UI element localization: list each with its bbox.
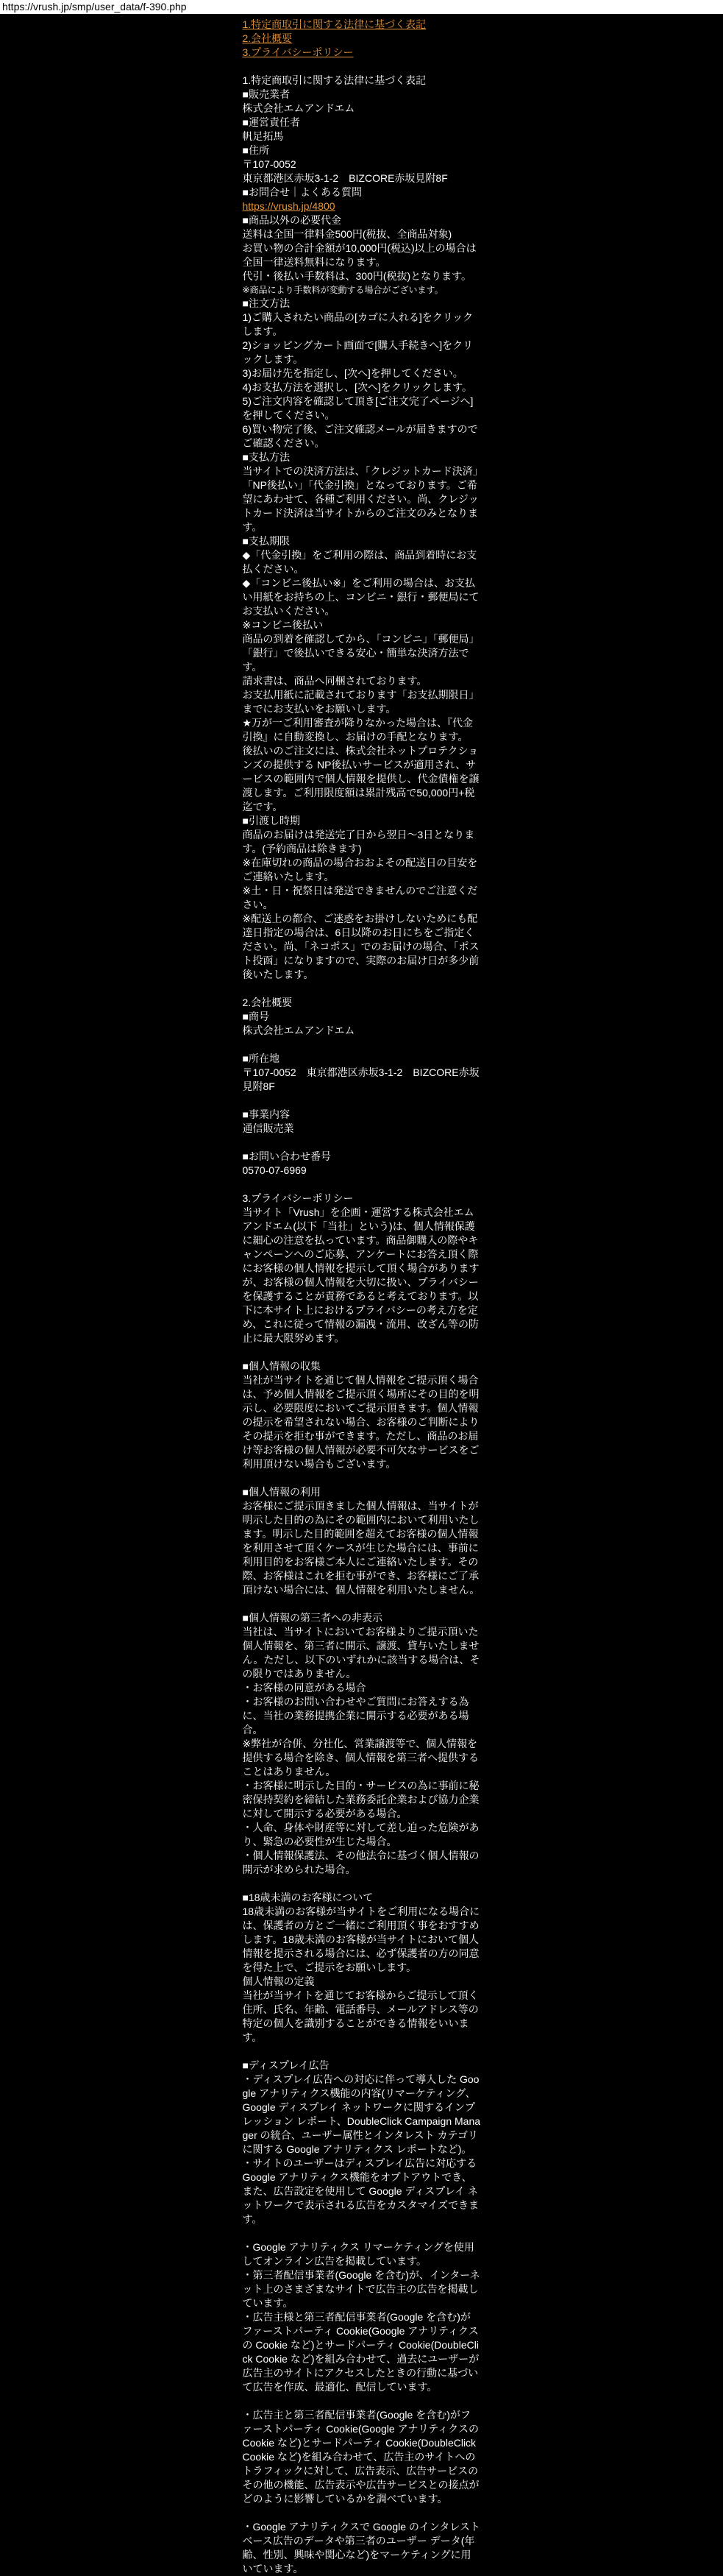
spacer — [243, 1136, 481, 1150]
text-line: 6)買い物完了後、ご注文確認メールが届きますのでご確認ください。 — [243, 422, 481, 450]
text-line: ・広告主と第三者配信事業者(Google を含む)がファーストパーティ Cook… — [243, 2408, 481, 2506]
text-line: ・お客様に明示した目的・サービスの為に事前に秘密保持契約を締結した業務委託企業お… — [243, 1779, 481, 1821]
nav-link-company[interactable]: 2.会社概要 — [243, 32, 481, 46]
field-heading-order-method: ■注文方法 — [243, 297, 481, 311]
text-line: ・サイトのユーザーはディスプレイ広告に対応する Google アナリティクス機能… — [243, 2156, 481, 2226]
field-heading-trade-name: ■商号 — [243, 1010, 481, 1024]
text-line: お買い物の合計金額が10,000円(税込)以上の場合は全国一律送料無料になります… — [243, 241, 481, 269]
field-heading-contact: ■お問合せ｜よくある質問 — [243, 185, 481, 199]
text-line: 4)お支払方法を選択し、[次へ]をクリックします。 — [243, 381, 481, 394]
field-heading-payment-deadline: ■支払期限 — [243, 534, 481, 548]
text-line: ・お客様のお問い合わせやご質問にお答えする為に、当社の業務提携企業に開示する必要… — [243, 1695, 481, 1737]
text-line: 1)ご購入されたい商品の[カゴに入れる]をクリックします。 — [243, 311, 481, 339]
text-line: ・広告主様と第三者配信事業者(Google を含む)がファーストパーティ Coo… — [243, 2310, 481, 2394]
text-line: ◆「コンビニ後払い※」をご利用の場合は、お支払い用紙をお持ちの上、コンビニ・銀行… — [243, 576, 481, 618]
text-line: ◆「代金引換」をご利用の際は、商品到着時にお支払ください。 — [243, 548, 481, 576]
spacer — [243, 1597, 481, 1611]
section-title-tokushoho: 1.特定商取引に関する法律に基づく表記 — [243, 74, 481, 88]
nav-link-tokushoho[interactable]: 1.特定商取引に関する法律に基づく表記 — [243, 18, 481, 32]
field-heading-extra-fees: ■商品以外の必要代金 — [243, 213, 481, 227]
text-line: 当社は、当サイトにおいてお客様よりご提示頂いた個人情報を、第三者に開示、譲渡、貸… — [243, 1625, 481, 1681]
spacer — [243, 1178, 481, 1192]
text-line: ★万が一ご利用審査が降りなかった場合は、『代金引換』に自動変換し、お届けの手配と… — [243, 716, 481, 744]
postal-code: 〒107-0052 — [243, 158, 481, 171]
text-line: 送料は全国一律料金500円(税抜、全商品対象) — [243, 227, 481, 241]
field-heading-display-ads: ■ディスプレイ広告 — [243, 2059, 481, 2073]
field-heading-under18: ■18歳未満のお客様について — [243, 1891, 481, 1905]
field-heading-third-party: ■個人情報の第三者への非表示 — [243, 1611, 481, 1625]
text-line: 代引・後払い手数料は、300円(税抜)となります。 — [243, 269, 481, 283]
field-heading-collection: ■個人情報の収集 — [243, 1359, 481, 1373]
browser-url-bar: https://vrush.jp/smp/user_data/f-390.php — [0, 0, 723, 14]
spacer — [243, 60, 481, 74]
company-address: 〒107-0052 東京都港区赤坂3-1-2 BIZCORE赤坂見附8F — [243, 1066, 481, 1094]
field-heading-manager: ■運営責任者 — [243, 116, 481, 130]
spacer — [243, 1094, 481, 1108]
text-line: ・個人情報保護法、その他法令に基づく個人情報の開示が求められた場合。 — [243, 1849, 481, 1877]
text-line: ※弊社が合併、分社化、営業譲渡等で、個人情報を提供する場合を除き、個人情報を第三… — [243, 1737, 481, 1779]
spacer — [243, 2045, 481, 2059]
spacer — [243, 982, 481, 996]
field-heading-address: ■住所 — [243, 144, 481, 158]
spacer — [243, 2226, 481, 2240]
text-line: ※土・日・祝祭日は発送できませんのでご注意ください。 — [243, 884, 481, 912]
subheading-definition: 個人情報の定義 — [243, 1975, 481, 1989]
field-heading-location: ■所在地 — [243, 1052, 481, 1066]
contact-link[interactable]: https://vrush.jp/4800 — [243, 199, 481, 213]
field-heading-delivery-time: ■引渡し時期 — [243, 814, 481, 828]
seller-name: 株式会社エムアンドエム — [243, 102, 481, 116]
text-line: ・人命、身体や財産等に対して差し迫った危険があり、緊急の必要性が生じた場合。 — [243, 1821, 481, 1849]
spacer — [243, 2506, 481, 2520]
text-line: 5)ご注文内容を確認して頂き[ご注文完了ページへ]を押してください。 — [243, 394, 481, 422]
spacer — [243, 2394, 481, 2408]
field-heading-payment-method: ■支払方法 — [243, 450, 481, 464]
company-name: 株式会社エムアンドエム — [243, 1024, 481, 1038]
text-line: ・Google アナリティクスで Google のインタレスト ベース広告のデー… — [243, 2520, 481, 2576]
field-heading-use: ■個人情報の利用 — [243, 1485, 481, 1499]
text-line: 2)ショッピングカート画面で[購入手続きへ]をクリックします。 — [243, 339, 481, 367]
text-line: 当社が当サイトを通じてお客様からご提示して頂く住所、氏名、年齢、電話番号、メール… — [243, 1989, 481, 2045]
text-line: ※在庫切れの商品の場合おおよその配送日の目安をご連絡いたします。 — [243, 856, 481, 884]
text-line: ※コンビニ後払い — [243, 618, 481, 632]
spacer — [243, 1038, 481, 1052]
fee-note: ※商品により手数料が変動する場合がございます。 — [243, 283, 481, 297]
spacer — [243, 1345, 481, 1359]
text-line: ・ディスプレイ広告への対応に伴って導入した Google アナリティクス機能の内… — [243, 2073, 481, 2156]
text-line: 商品のお届けは発送完了日から翌日～3日となります。(予約商品は除きます) — [243, 828, 481, 856]
spacer — [243, 1471, 481, 1485]
text-line: お客様にご提示頂きました個人情報は、当サイトが明示した目的の為にその範囲内におい… — [243, 1499, 481, 1597]
text-line: 18歳未満のお客様が当サイトをご利用になる場合には、保護者の方とご一緒にご利用頂… — [243, 1905, 481, 1975]
text-line: ・第三者配信事業者(Google を含む)が、インターネット上のさまざまなサイト… — [243, 2268, 481, 2310]
page-url: https://vrush.jp/smp/user_data/f-390.php — [2, 1, 187, 13]
text-line: 請求書は、商品へ同梱されております。 — [243, 674, 481, 688]
text-line: 3)お届け先を指定し、[次へ]を押してください。 — [243, 367, 481, 381]
field-heading-business: ■事業内容 — [243, 1108, 481, 1122]
text-line: ・お客様の同意がある場合 — [243, 1681, 481, 1695]
section-title-privacy: 3.プライバシーポリシー — [243, 1192, 481, 1206]
text-line: 後払いのご注文には、株式会社ネットプロテクションズの提供する NP後払いサービス… — [243, 744, 481, 814]
text-line: ・Google アナリティクス リマーケティングを使用してオンライン広告を掲載し… — [243, 2240, 481, 2268]
text-line: 当社が当サイトを通じて個人情報をご提示頂く場合は、予め個人情報をご提示頂く場所に… — [243, 1373, 481, 1471]
text-line: 商品の到着を確認してから、「コンビニ」「郵便局」「銀行」で後払いできる安心・簡単… — [243, 632, 481, 674]
legal-text-content: 1.特定商取引に関する法律に基づく表記2.会社概要3.プライバシーポリシー1.特… — [243, 18, 481, 2576]
manager-name: 帆足拓馬 — [243, 130, 481, 144]
field-heading-seller: ■販売業者 — [243, 88, 481, 102]
phone-number: 0570-07-6969 — [243, 1164, 481, 1178]
spacer — [243, 1877, 481, 1891]
section-title-company: 2.会社概要 — [243, 996, 481, 1010]
field-heading-phone: ■お問い合わせ番号 — [243, 1150, 481, 1164]
text-line: お支払用紙に記載されております「お支払期限日」までにお支払いをお願いします。 — [243, 688, 481, 716]
text-line: ※配送上の都合、ご迷惑をお掛けしないためにも配達日指定の場合は、6日以降のお日に… — [243, 912, 481, 982]
text-line: 当サイト「Vrush」を企画・運営する株式会社エムアンドエム(以下「当社」という… — [243, 1206, 481, 1345]
text-line: 当サイトでの決済方法は、「クレジットカード決済」「NP後払い」「代金引換」となっ… — [243, 464, 481, 534]
page-background: 1.特定商取引に関する法律に基づく表記2.会社概要3.プライバシーポリシー1.特… — [0, 14, 723, 2576]
address-line: 東京都港区赤坂3-1-2 BIZCORE赤坂見附8F — [243, 171, 481, 185]
business-type: 通信販売業 — [243, 1122, 481, 1136]
nav-link-privacy[interactable]: 3.プライバシーポリシー — [243, 46, 481, 60]
